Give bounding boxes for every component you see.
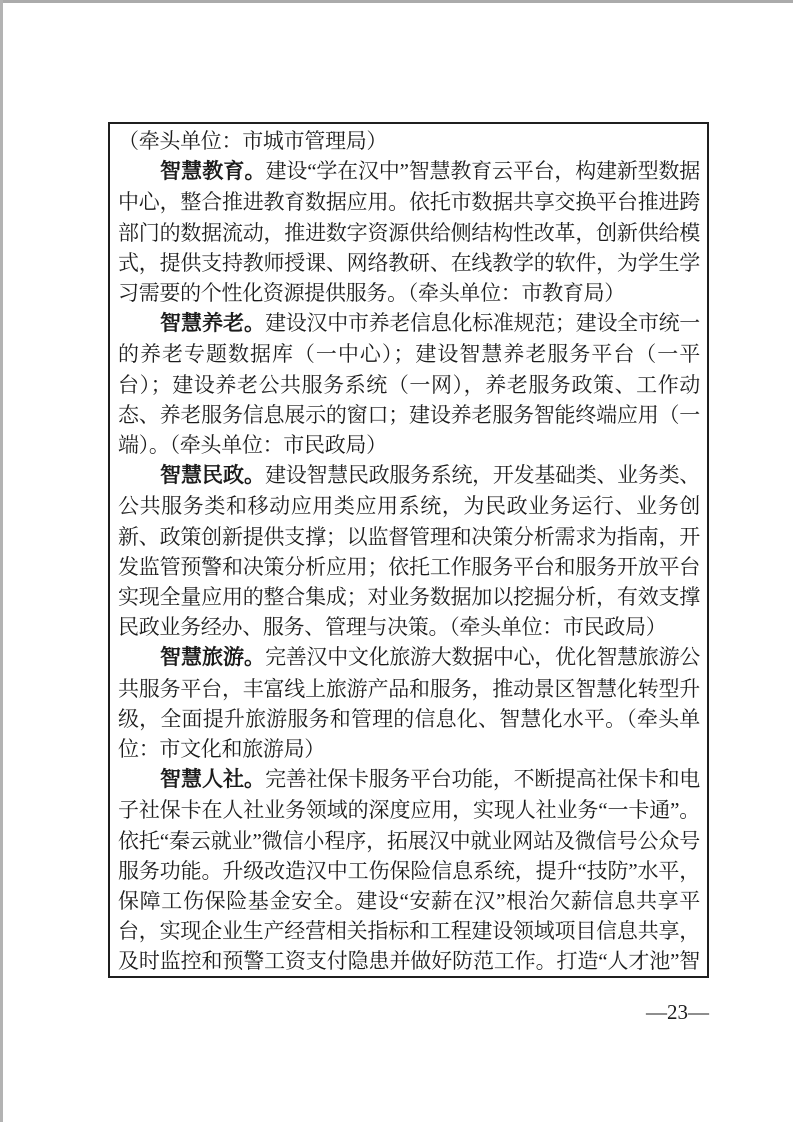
page-number: —23—: [646, 999, 709, 1025]
scan-edge-left: [0, 0, 3, 1122]
paragraph-lead-unit-continuation: （牵头单位：市城市管理局）: [118, 126, 700, 156]
paragraph-smart-civil-affairs: 智慧民政。建设智慧民政服务系统，开发基础类、业务类、公共服务类和移动应用类应用系…: [118, 460, 700, 642]
paragraph-lead-smart-civil-affairs: 智慧民政。: [160, 464, 265, 487]
document-page: （牵头单位：市城市管理局） 智慧教育。建设“学在汉中”智慧教育云平台，构建新型数…: [0, 0, 793, 1122]
paragraph-smart-elderly-care: 智慧养老。建设汉中市养老信息化标准规范；建设全市统一的养老专题数据库（一中心）；…: [118, 308, 700, 460]
paragraph-lead-smart-education: 智慧教育。: [160, 160, 266, 183]
paragraph-smart-tourism: 智慧旅游。完善汉中文化旅游大数据中心，优化智慧旅游公共服务平台，丰富线上旅游产品…: [118, 642, 700, 764]
paragraph-lead-smart-elderly-care: 智慧养老。: [160, 312, 265, 335]
paragraph-lead-smart-hr-social-security: 智慧人社。: [160, 768, 265, 791]
paragraph-smart-hr-social-security: 智慧人社。完善社保卡服务平台功能，不断提高社保卡和电子社保卡在人社业务领域的深度…: [118, 764, 700, 978]
paragraph-smart-education: 智慧教育。建设“学在汉中”智慧教育云平台，构建新型数据中心，整合推进教育数据应用…: [118, 156, 700, 308]
paragraph-lead-smart-tourism: 智慧旅游。: [160, 646, 265, 669]
scan-edge-top: [0, 0, 793, 3]
paragraph-body: 建设智慧民政服务系统，开发基础类、业务类、公共服务类和移动应用类应用系统，为民政…: [118, 463, 700, 639]
text-border-frame: （牵头单位：市城市管理局） 智慧教育。建设“学在汉中”智慧教育云平台，构建新型数…: [108, 122, 709, 978]
paragraph-body: （牵头单位：市城市管理局）: [118, 129, 387, 153]
paragraph-body: 完善社保卡服务平台功能，不断提高社保卡和电子社保卡在人社业务领域的深度应用，实现…: [118, 767, 700, 978]
